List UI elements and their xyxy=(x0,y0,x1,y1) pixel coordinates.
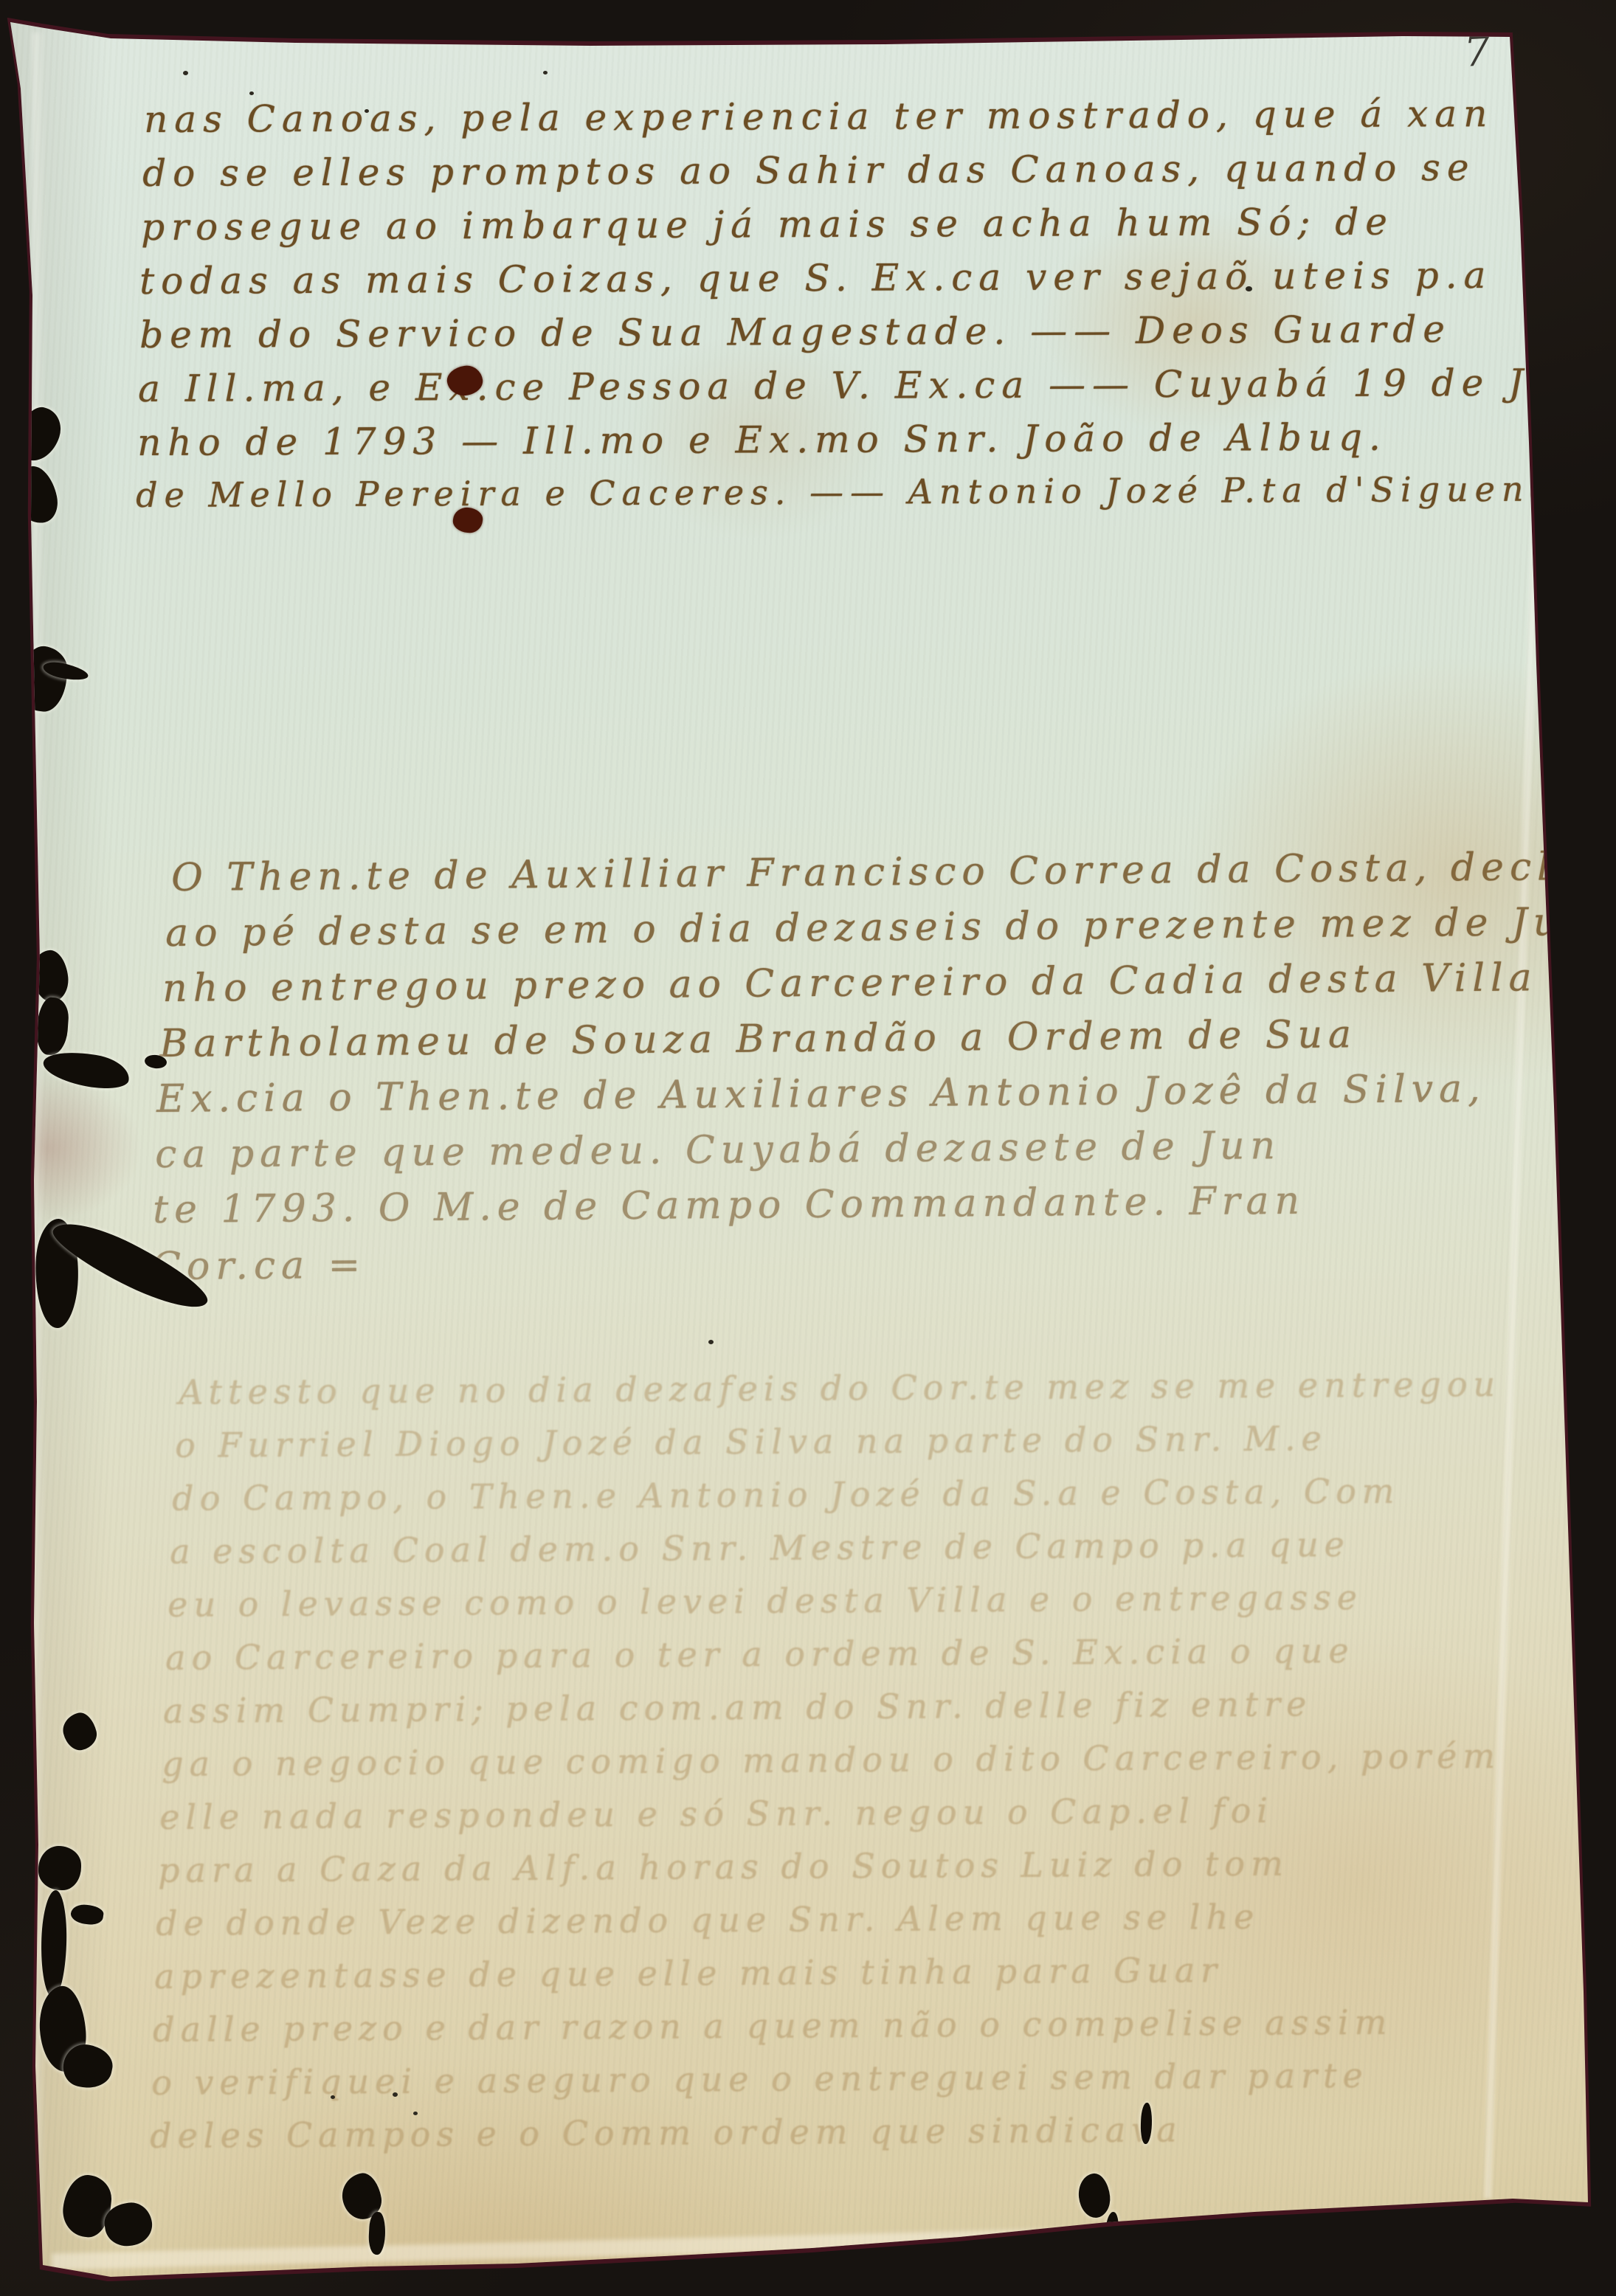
ink-blot xyxy=(69,1903,104,1926)
paper-edge-highlight xyxy=(52,2218,1527,2270)
manuscript-line: aprezentasse de que elle mais tinha para… xyxy=(154,1950,1223,1996)
manuscript-line: assim Cumpri; pela com.am do Snr. delle … xyxy=(163,1684,1313,1731)
manuscript-line: de donde Veze dizendo que Snr. Alem que … xyxy=(156,1897,1260,1943)
manuscript-line: nho de 1793 — Ill.mo e Ex.mo Snr. João d… xyxy=(137,416,1387,464)
paper-speck xyxy=(708,1340,714,1344)
manuscript-line: o Furriel Diogo Jozé da Silva na parte d… xyxy=(175,1418,1327,1465)
manuscript-line: O Then.te de Auxilliar Francisco Correa … xyxy=(171,844,1616,900)
manuscript-line: prosegue ao imbarque já mais se acha hum… xyxy=(141,201,1394,249)
manuscript-line: Attesto que no dia dezafeis do Cor.te me… xyxy=(179,1364,1501,1412)
manuscript-line: ga o negocio que comigo mandou o dito Ca… xyxy=(162,1736,1501,1784)
manuscript-line: ao pé desta se em o dia dezaseis do prez… xyxy=(165,900,1564,955)
manuscript-line: para a Caza da Alf.a horas do Soutos Lui… xyxy=(158,1844,1289,1890)
ink-blot xyxy=(367,2211,386,2255)
manuscript-line: ao Carcereiro para o ter a ordem de S. E… xyxy=(165,1631,1355,1678)
paper-speck xyxy=(183,71,188,75)
ink-blot xyxy=(60,1709,100,1753)
paper-speck xyxy=(1246,286,1252,291)
manuscript-line: Ex.cia o Then.te de Auxiliares Antonio J… xyxy=(156,1067,1486,1121)
ink-blot xyxy=(12,402,66,466)
manuscript-line: bem do Servico de Sua Magestade. —— Deos… xyxy=(139,308,1451,356)
manuscript-line: nas Canoas, pela experiencia ter mostrad… xyxy=(144,92,1494,141)
ink-blot xyxy=(38,1846,81,1890)
manuscript-line: nho entregou prezo ao Carcereiro da Cadi… xyxy=(162,955,1538,1011)
paper-speck xyxy=(413,2112,418,2115)
photographed-manuscript-page: 7 nas Canoas, pela experiencia ter mostr… xyxy=(0,0,1616,2296)
paper-speck xyxy=(331,2095,335,2099)
paper-speck xyxy=(365,109,369,113)
manuscript-line: Bartholameu de Souza Brandão a Ordem de … xyxy=(159,1012,1357,1066)
manuscript-line: ca parte que medeu. Cuyabá dezasete de J… xyxy=(155,1124,1281,1177)
manuscript-line: eu o levasse como o levei desta Villa e … xyxy=(168,1577,1363,1625)
manuscript-line: do Campo, o Then.e Antonio Jozé da S.a e… xyxy=(172,1471,1401,1518)
paper-speck xyxy=(249,91,254,95)
paper-speck xyxy=(393,2092,398,2097)
manuscript-line: de Mello Pereira e Caceres. —— Antonio J… xyxy=(136,468,1586,515)
ink-blot xyxy=(35,997,69,1057)
ink-blot xyxy=(8,463,62,528)
manuscript-paper-sheet: 7 nas Canoas, pela experiencia ter mostr… xyxy=(0,0,1616,2296)
ink-blot xyxy=(1104,2211,1120,2255)
manuscript-line: te 1793. O M.e de Campo Commandante. Fra… xyxy=(153,1179,1305,1232)
manuscript-line: a escolta Coal dem.o Snr. Mestre de Camp… xyxy=(170,1524,1350,1571)
manuscript-line: elle nada respondeu e só Snr. negou o Ca… xyxy=(159,1791,1274,1837)
manuscript-line: todas as mais Coizas, que S. Ex.ca ver s… xyxy=(139,254,1492,302)
manuscript-line: dalle prezo e dar razon a quem não o com… xyxy=(153,2002,1392,2050)
manuscript-line: a Ill.ma, e Ex.ce Pessoa de V. Ex.ca —— … xyxy=(138,362,1561,410)
manuscript-line: do se elles promptos ao Sahir das Canoas… xyxy=(142,146,1476,195)
manuscript-line: deles Campos e o Comm ordem que sindicav… xyxy=(150,2109,1183,2156)
ink-blot xyxy=(39,1889,68,1998)
ink-blot xyxy=(1077,2172,1112,2219)
ink-blot xyxy=(15,643,71,714)
paper-speck xyxy=(543,71,548,75)
